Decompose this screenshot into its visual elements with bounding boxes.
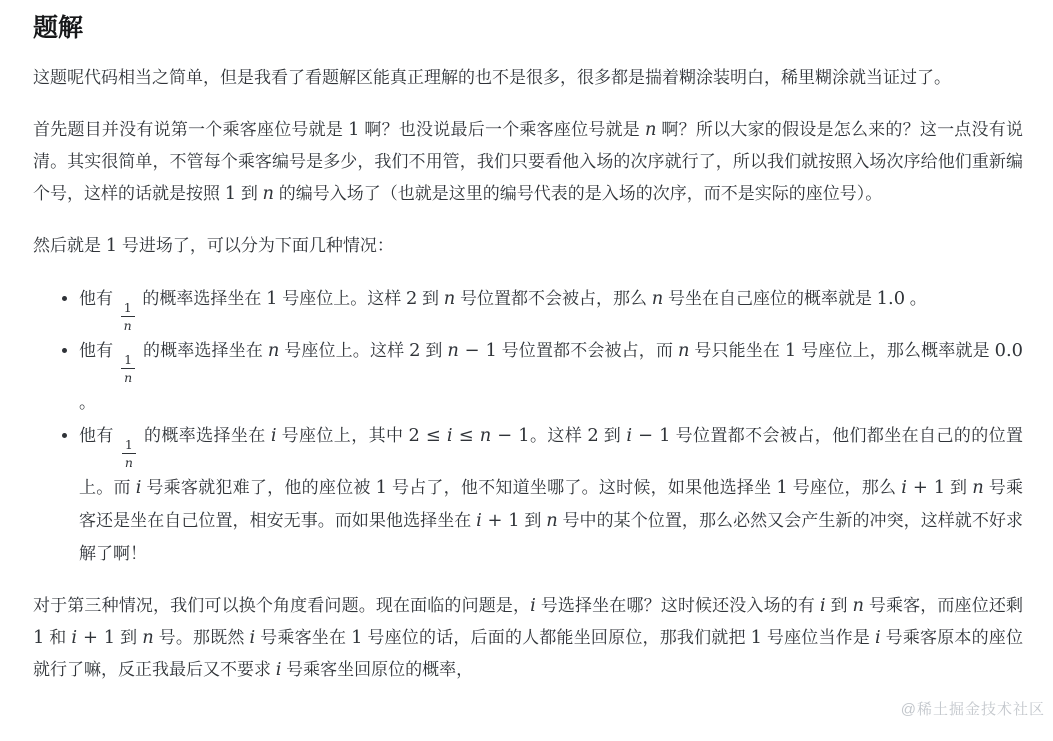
text-run: 到 (417, 289, 443, 308)
text-run: 他有 (79, 289, 118, 308)
text-run: 号。那既然 (154, 628, 250, 647)
math-variable: n (852, 595, 864, 616)
math-variable: n (263, 183, 275, 204)
paragraph-renumbering: 首先题目并没有说第一个乘客座位号就是 1 啊？也没说最后一个乘客座位号就是 n … (33, 114, 1023, 210)
page-title: 题解 (33, 14, 1023, 42)
math-number: 1 (348, 119, 359, 140)
watermark: @稀土掘金技术社区 (901, 698, 1045, 719)
math-number: 2 (409, 340, 420, 361)
text-run: 对于第三种情况，我们可以换个角度看问题。现在面临的问题是， (33, 596, 530, 615)
math-number: − 1 (459, 340, 497, 361)
text-run: 的概率选择坐在 (138, 341, 268, 360)
paragraph-intro: 这题呢代码相当之简单，但是我看了看题解区能真正理解的也不是很多，很多都是揣着糊涂… (33, 62, 1023, 94)
math-number: 1.0 (877, 288, 905, 309)
paragraph-cases-lead-in: 然后就是 1 号进场了，可以分为下面几种情况： (33, 230, 1023, 262)
math-number: + 1 (482, 510, 520, 531)
fraction: 1n (121, 352, 135, 386)
text-run: 和 (44, 628, 71, 647)
text-run: 号乘客坐在 (255, 628, 351, 647)
math-variable: n (678, 340, 690, 361)
math-number: 2 ≤ (408, 425, 446, 446)
math-number: 1 (785, 340, 796, 361)
text-run: 号乘客坐回原位的概率， (281, 660, 473, 679)
text-run: 的编号入场了（也就是这里的编号代表的是入场的次序，而不是实际的座位号）。 (274, 184, 882, 203)
math-number: 1 (106, 235, 117, 256)
text-run: 号乘客就犯难了，他的座位被 (141, 478, 375, 497)
text-run: 号座位，那么 (788, 478, 901, 497)
text-run: 。 (905, 289, 927, 308)
math-number: 1 (266, 288, 277, 309)
paragraph-third-case-analysis: 对于第三种情况，我们可以换个角度看问题。现在面临的问题是，i 号选择坐在哪？这时… (33, 590, 1023, 686)
math-variable: n (444, 288, 456, 309)
math-variable: n (142, 627, 154, 648)
text-run: 的概率选择坐在 (139, 426, 271, 445)
math-variable: n (652, 288, 664, 309)
text-run: 啊？也没说最后一个乘客座位号就是 (359, 120, 645, 139)
text-run: 到 (599, 426, 627, 445)
math-number: 1 (33, 627, 44, 648)
cases-list: 他有 1n 的概率选择坐在 1 号座位上。这样 2 到 n 号位置都不会被占，那… (33, 282, 1023, 570)
math-number: 1 (351, 627, 362, 648)
case-item-seat-i: 他有 1n 的概率选择坐在 i 号座位上，其中 2 ≤ i ≤ n − 1。这样… (79, 419, 1023, 570)
text-run: 号占了，他不知道坐哪了。这时候，如果他选择坐 (387, 478, 776, 497)
math-number: 2 (406, 288, 417, 309)
text-run: 号座位上，其中 (277, 426, 409, 445)
case-item-seat-n: 他有 1n 的概率选择坐在 n 号座位上。这样 2 到 n − 1 号位置都不会… (79, 334, 1023, 419)
math-number: 2 (587, 425, 598, 446)
text-run: 到 (236, 184, 262, 203)
text-run: 号位置都不会被占，而 (497, 341, 678, 360)
math-number: + 1 (77, 627, 115, 648)
math-number: 0.0 (995, 340, 1023, 361)
math-variable: n (268, 340, 280, 361)
case-item-seat-1: 他有 1n 的概率选择坐在 1 号座位上。这样 2 到 n 号位置都不会被占，那… (79, 282, 1023, 334)
text-run: 号座位上，那么概率就是 (796, 341, 994, 360)
text-run: 号选择坐在哪？这时候还没入场的有 (536, 596, 820, 615)
math-variable: n (546, 510, 558, 531)
text-run: 号座位上。这样 (279, 341, 409, 360)
text-run: 号座位上。这样 (278, 289, 406, 308)
text-run: 号坐在自己座位的概率就是 (663, 289, 876, 308)
fraction: 1n (121, 300, 135, 334)
text-run: 到 (826, 596, 853, 615)
math-number: − 1 (632, 425, 670, 446)
text-run: 然后就是 (33, 236, 106, 255)
text-run: 他有 (79, 341, 118, 360)
text-run: 号座位当作是 (762, 628, 875, 647)
text-run: 他有 (79, 426, 119, 445)
text-run: 号乘客，而座位还剩 (864, 596, 1023, 615)
text-run: 号座位的话，后面的人都能坐回原位，那我们就把 (362, 628, 750, 647)
text-run: 到 (115, 628, 142, 647)
math-number: + 1 (907, 477, 945, 498)
text-run: 到 (420, 341, 447, 360)
text-run: 号只能坐在 (689, 341, 784, 360)
text-run: 到 (945, 478, 972, 497)
math-variable: n (972, 477, 984, 498)
text-run: 号进场了，可以分为下面几种情况： (117, 236, 394, 255)
fraction: 1n (122, 437, 136, 471)
text-run: 。这样 (530, 426, 588, 445)
text-run: 。 (79, 393, 96, 412)
math-number: 1 (751, 627, 762, 648)
math-variable: n (480, 425, 492, 446)
text-run: 到 (520, 511, 547, 530)
math-number: ≤ (453, 425, 480, 446)
article: 题解 这题呢代码相当之简单，但是我看了看题解区能真正理解的也不是很多，很多都是揣… (0, 0, 1053, 741)
math-number: 1 (376, 477, 387, 498)
text-run: 首先题目并没有说第一个乘客座位号就是 (33, 120, 348, 139)
math-number: 1 (225, 183, 236, 204)
math-number: 1 (776, 477, 787, 498)
text-run: 的概率选择坐在 (138, 289, 266, 308)
text-run: 号位置都不会被占，那么 (455, 289, 651, 308)
math-variable: n (447, 340, 459, 361)
math-variable: n (645, 119, 657, 140)
math-number: − 1 (491, 425, 529, 446)
